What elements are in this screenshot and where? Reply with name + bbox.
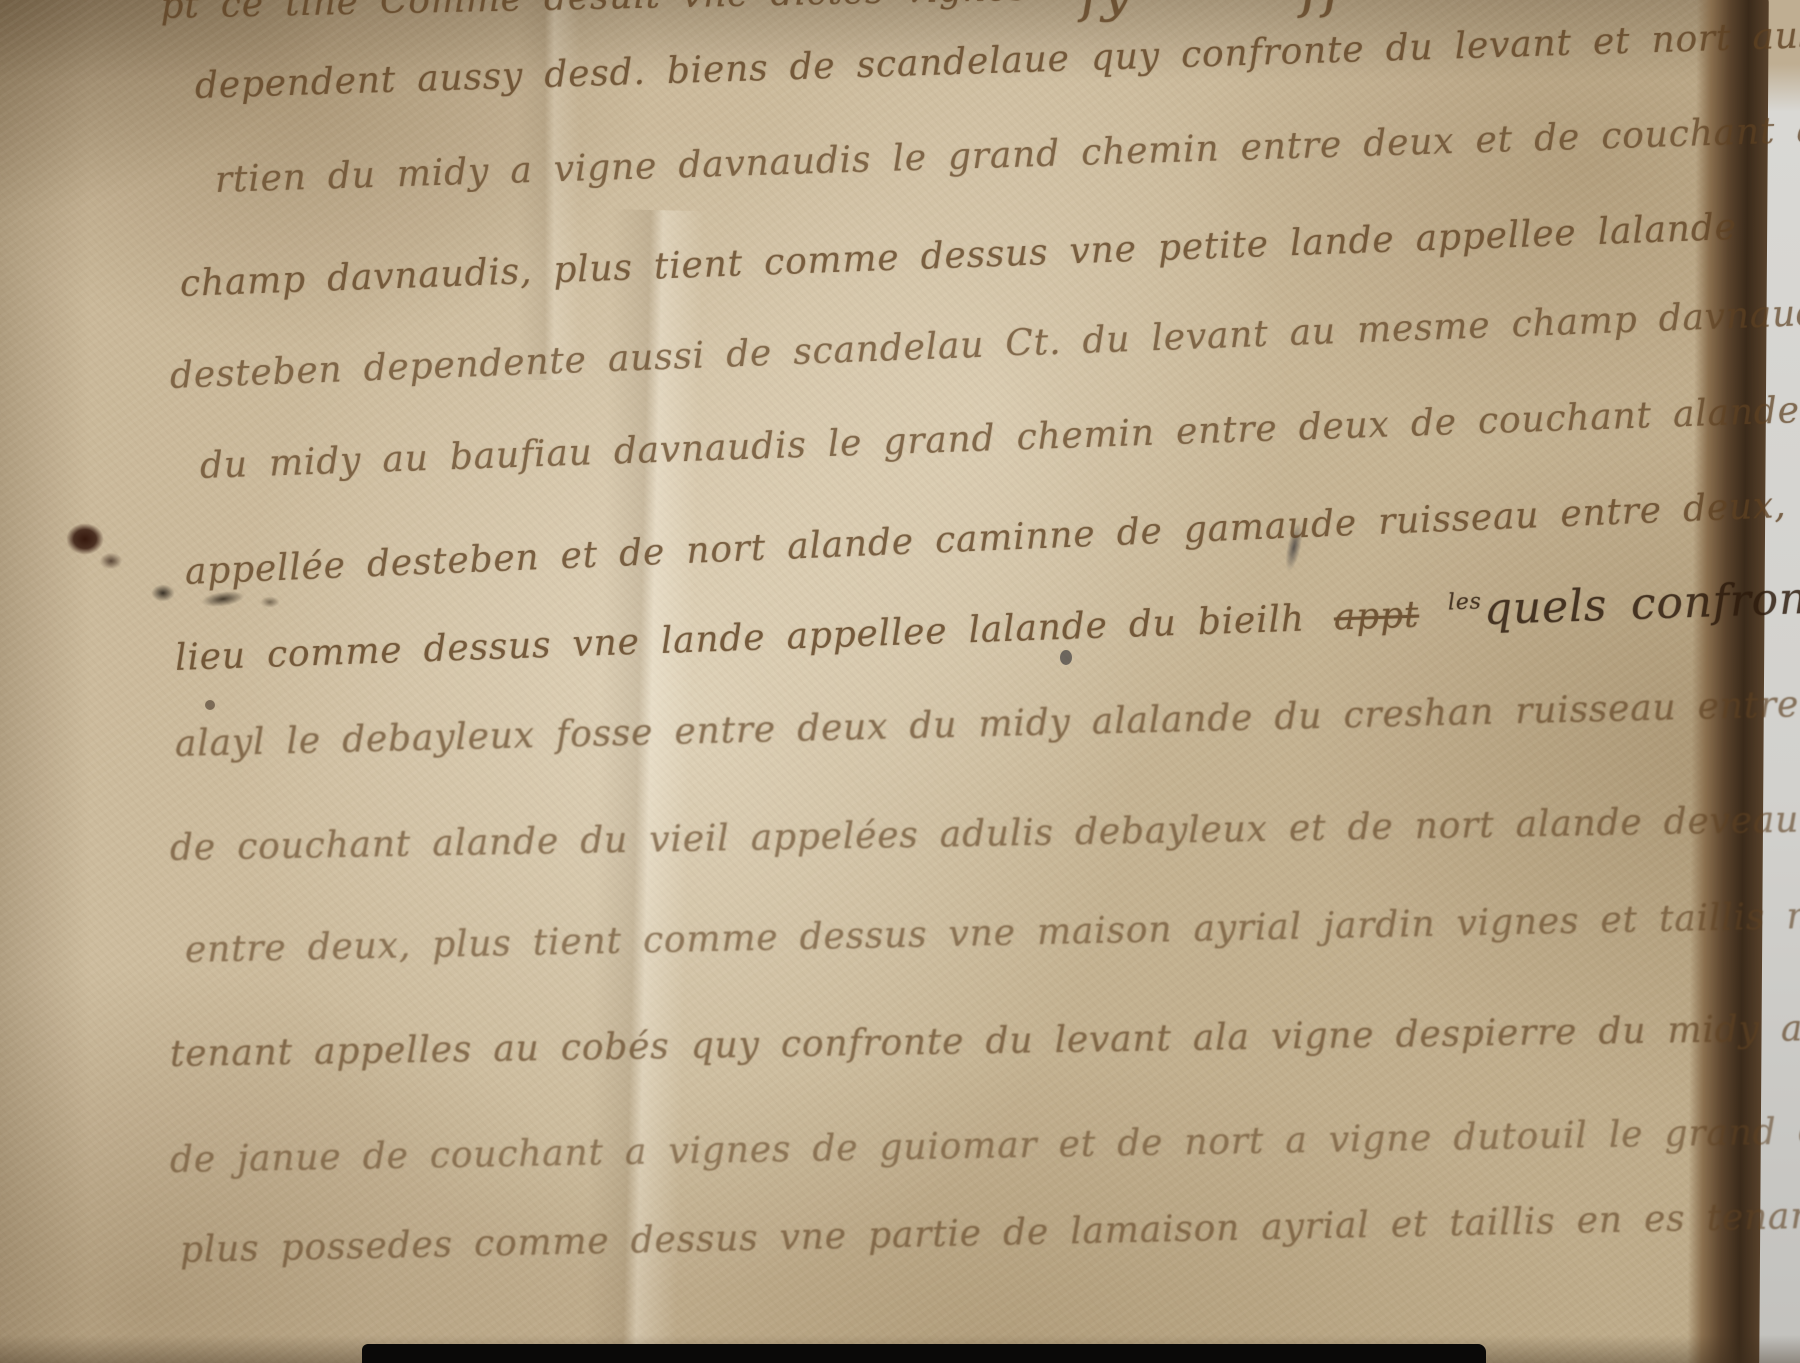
line-text: quels confronte du levant <box>1483 563 1800 636</box>
manuscript-line-10: de couchant alande du vieil appelées adu… <box>170 798 1800 869</box>
manuscript-line-6: du midy au baufiau davnaudis le grand ch… <box>199 390 1800 487</box>
manuscript-line-5: desteben dependente aussi de scandelau C… <box>169 291 1800 397</box>
handwriting-layer: pt ce tine Comme desuit vne dictes vigne… <box>0 0 1800 1363</box>
manuscript-line-14: plus possedes comme dessus vne partie de… <box>180 1195 1800 1271</box>
line-fragment: et ap <box>1650 0 1756 2</box>
line-fragment: pt ce tine Comme desuit vne dictes vigne… <box>160 0 1028 27</box>
line-text: entre deux, plus tient comme dessus vne … <box>185 894 1800 971</box>
line-text: appellée desteben et de nort alande cami… <box>184 481 1800 593</box>
darker-ink-insertion: lesquels confronte du levant <box>1447 563 1800 637</box>
line-text: tenant appelles au cobés quy confronte d… <box>170 1007 1800 1075</box>
flourish: ſy <box>1080 0 1133 24</box>
manuscript-line-7: appellée desteben et de nort alande cami… <box>184 481 1800 593</box>
line-text: de janue de couchant a vignes de guiomar… <box>170 1109 1800 1181</box>
line-text: plus possedes comme dessus vne partie de… <box>180 1195 1800 1271</box>
manuscript-line-13: de janue de couchant a vignes de guiomar… <box>170 1109 1800 1181</box>
line-text: alayl le debayleux fosse entre deux du m… <box>174 684 1799 765</box>
line-text: dependent aussy desd. biens de scandelau… <box>194 9 1800 107</box>
line-text: desteben dependente aussi de scandelau C… <box>169 291 1800 397</box>
manuscript-line-3: rtien du midy a vigne davnaudis le grand… <box>214 109 1800 201</box>
line-text: du midy au baufiau davnaudis le grand ch… <box>199 390 1800 487</box>
superscript-insertion: les <box>1448 590 1483 616</box>
manuscript-line-9: alayl le debayleux fosse entre deux du m… <box>174 684 1799 765</box>
line-text: lieu comme dessus vne lande appellee lal… <box>174 599 1305 679</box>
manuscript-line-4: champ davnaudis, plus tient comme dessus… <box>179 207 1737 305</box>
flourish: ſſ <box>1300 0 1346 20</box>
manuscript-line-2: dependent aussy desd. biens de scandelau… <box>194 9 1800 107</box>
manuscript-photo: pt ce tine Comme desuit vne dictes vigne… <box>0 0 1800 1363</box>
manuscript-line-11: entre deux, plus tient comme dessus vne … <box>185 894 1800 971</box>
struck-out-word: appt <box>1333 595 1420 639</box>
line-text: de couchant alande du vieil appelées adu… <box>170 798 1800 869</box>
manuscript-line-12: tenant appelles au cobés quy confronte d… <box>170 1007 1800 1075</box>
line-text: champ davnaudis, plus tient comme dessus… <box>179 207 1737 305</box>
line-text: rtien du midy a vigne davnaudis le grand… <box>214 109 1800 201</box>
